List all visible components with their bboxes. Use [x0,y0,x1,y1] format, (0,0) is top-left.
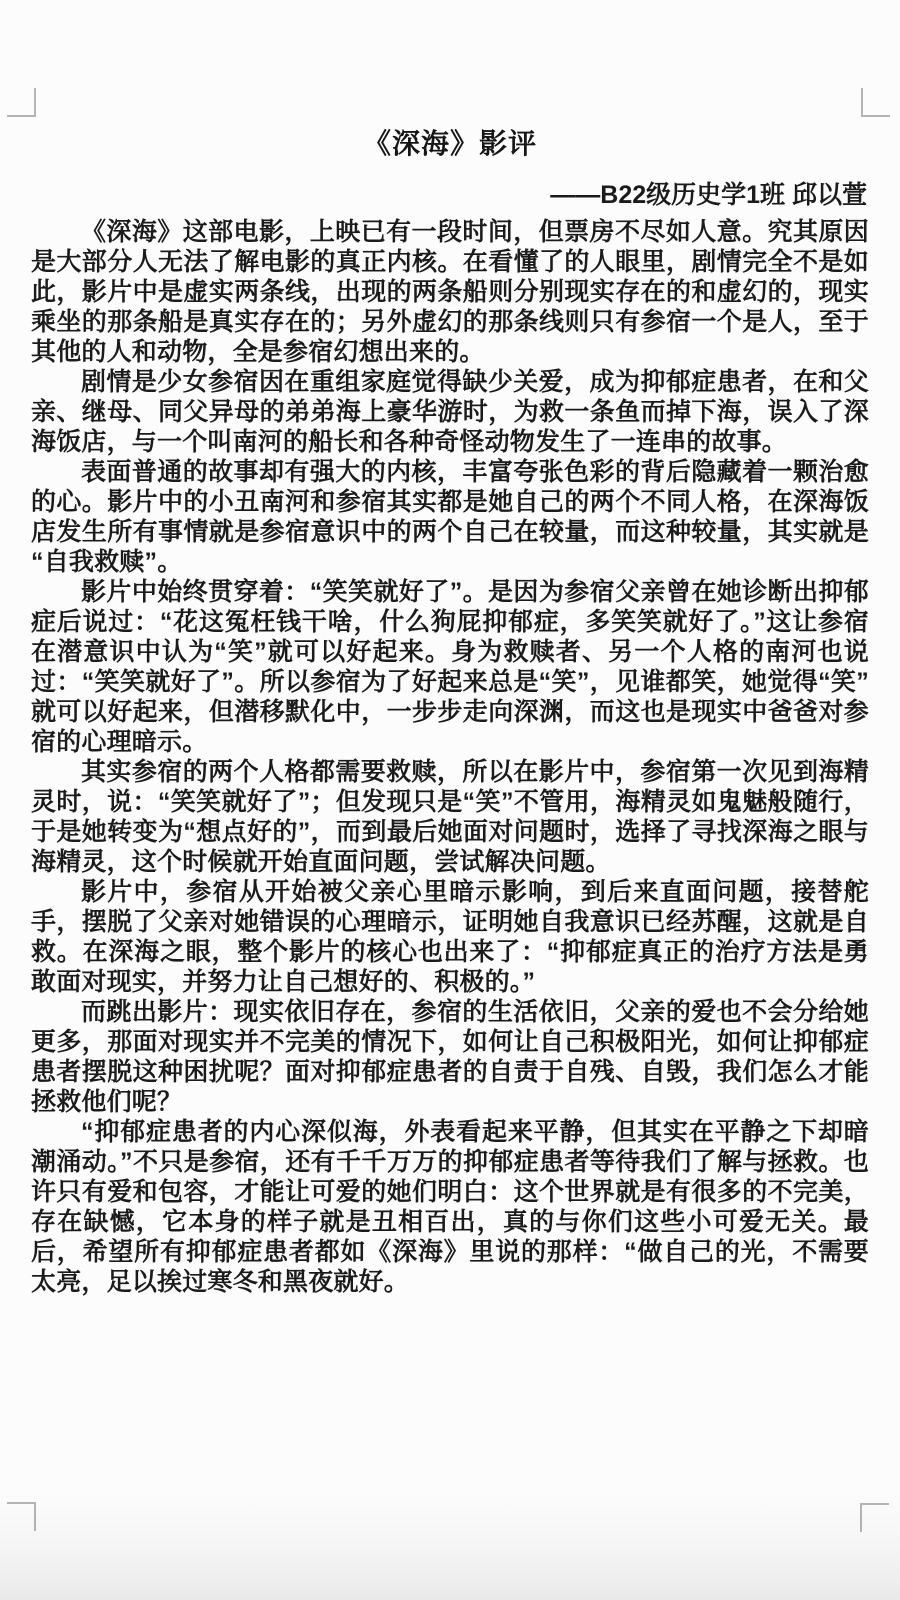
paragraph: 表面普通的故事却有强大的内核，丰富夸张色彩的背后隐藏着一颗治愈的心。影片中的小丑… [31,457,869,577]
paragraph: 《深海》这部电影，上映已有一段时间，但票房不尽如人意。究其原因是大部分人无法了解… [31,217,869,367]
photo-shadow [0,1490,900,1600]
paragraph: 影片中始终贯穿着：“笑笑就好了”。是因为参宿父亲曾在她诊断出抑郁症后说过：“花这… [31,577,869,757]
paragraph: 剧情是少女参宿因在重组家庭觉得缺少关爱，成为抑郁症患者，在和父亲、继母、同父异母… [31,367,869,457]
document-byline: ——B22级历史学1班 邱以萱 [31,180,869,210]
scan-corner-bottom-left-mark [7,1502,36,1531]
document-body: 《深海》这部电影，上映已有一段时间，但票房不尽如人意。究其原因是大部分人无法了解… [31,217,869,1297]
scanned-document-page: 《深海》影评 ——B22级历史学1班 邱以萱 《深海》这部电影，上映已有一段时间… [0,0,900,1600]
paragraph: 影片中，参宿从开始被父亲心里暗示影响，到后来直面问题，接替舵手，摆脱了父亲对她错… [31,877,869,997]
document-content: 《深海》影评 ——B22级历史学1班 邱以萱 《深海》这部电影，上映已有一段时间… [31,0,869,1297]
paragraph: “抑郁症患者的内心深似海，外表看起来平静，但其实在平静之下却暗潮涌动。”不只是参… [31,1117,869,1297]
scan-corner-bottom-right-mark [860,1503,889,1532]
document-title: 《深海》影评 [31,0,869,164]
paragraph: 而跳出影片：现实依旧存在，参宿的生活依旧，父亲的爱也不会分给她更多，那面对现实并… [31,997,869,1117]
paragraph: 其实参宿的两个人格都需要救赎，所以在影片中，参宿第一次见到海精灵时，说：“笑笑就… [31,757,869,877]
